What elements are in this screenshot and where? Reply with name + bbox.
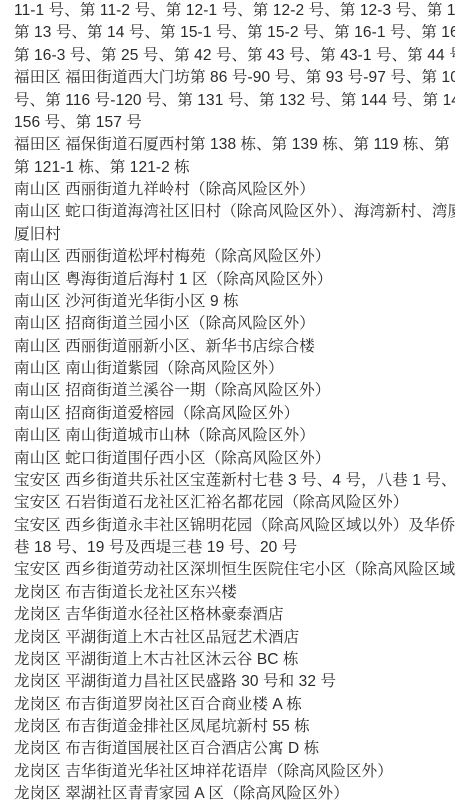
risk-list-line: 龙岗区 吉华街道水径社区格林豪泰酒店 (14, 604, 449, 626)
risk-list-line: 南山区 西丽街道九祥岭村（除高风险区外） (14, 179, 449, 201)
risk-area-list: 11-1 号、第 11-2 号、第 12-1 号、第 12-2 号、第 12-3… (0, 0, 455, 806)
risk-list-line: 第 121-1 栋、第 121-2 栋 (14, 157, 449, 179)
risk-list-line: 龙岗区 布吉街道长龙社区东兴楼 (14, 582, 449, 604)
risk-list-line: 南山区 蛇口街道围仔西小区（除高风险区外） (14, 448, 449, 470)
risk-list-line: 南山区 沙河街道光华街小区 9 栋 (14, 291, 449, 313)
risk-list-line: 巷 18 号、19 号及西堤三巷 19 号、20 号 (14, 537, 449, 559)
risk-list-line: 龙岗区 平湖街道力昌社区民盛路 30 号和 32 号 (14, 671, 449, 693)
risk-list-line: 宝安区 西乡街道永丰社区锦明花园（除高风险区域以外）及华侨新村西堤二 (14, 515, 449, 537)
risk-list-line: 龙岗区 翠湖社区青青家园 A 区（除高风险区外） (14, 783, 449, 805)
risk-list-line: 龙岗区 布吉街道国展社区百合酒店公寓 D 栋 (14, 738, 449, 760)
risk-list-line: 南山区 粤海街道后海村 1 区（除高风险区外） (14, 269, 449, 291)
risk-list-line: 南山区 蛇口街道海湾社区旧村（除高风险区外）、海湾新村、湾厦新村、湾 (14, 201, 449, 223)
risk-list-line: 宝安区 西乡街道共乐社区宝莲新村七巷 3 号、4 号，八巷 1 号、2 号 (14, 470, 449, 492)
risk-list-line: 南山区 西丽街道丽新小区、新华书店综合楼 (14, 336, 449, 358)
risk-list-line: 南山区 招商街道爱榕园（除高风险区外） (14, 403, 449, 425)
risk-list-line: 福田区 福保街道石厦西村第 138 栋、第 139 栋、第 119 栋、第 12… (14, 134, 449, 156)
risk-list-line: 11-1 号、第 11-2 号、第 12-1 号、第 12-2 号、第 12-3… (14, 0, 449, 22)
risk-list-line: 南山区 南山街道城市山林（除高风险区外） (14, 425, 449, 447)
risk-list-line: 宝安区 石岩街道石龙社区汇裕名都花园（除高风险区外） (14, 492, 449, 514)
risk-list-line: 南山区 招商街道兰园小区（除高风险区外） (14, 313, 449, 335)
risk-list-line: 龙岗区 布吉街道金排社区凤尾坑新村 55 栋 (14, 716, 449, 738)
risk-list-line: 龙岗区 平湖街道上木古社区沐云谷 BC 栋 (14, 649, 449, 671)
risk-list-line: 宝安区 西乡街道劳动社区深圳恒生医院住宅小区（除高风险区域以外） (14, 559, 449, 581)
risk-list-line: 南山区 招商街道兰溪谷一期（除高风险区外） (14, 380, 449, 402)
risk-list-line: 156 号、第 157 号 (14, 112, 449, 134)
risk-list-line: 龙岗区 吉华街道光华社区坤祥花语岸（除高风险区外） (14, 761, 449, 783)
risk-list-line: 号、第 116 号-120 号、第 131 号、第 132 号、第 144 号、… (14, 90, 449, 112)
risk-list-line: 龙岗区 布吉街道罗岗社区百合商业楼 A 栋 (14, 694, 449, 716)
risk-list-line: 龙岗区 平湖街道上木古社区品冠艺术酒店 (14, 627, 449, 649)
risk-list-line: 第 13 号、第 14 号、第 15-1 号、第 15-2 号、第 16-1 号… (14, 22, 449, 44)
risk-list-line: 第 16-3 号、第 25 号、第 42 号、第 43 号、第 43-1 号、第… (14, 45, 449, 67)
risk-list-line: 南山区 西丽街道松坪村梅苑（除高风险区外） (14, 246, 449, 268)
risk-list-line: 南山区 南山街道紫园（除高风险区外） (14, 358, 449, 380)
risk-list-line: 福田区 福田街道西大门坊第 86 号-90 号、第 93 号-97 号、第 10… (14, 67, 449, 89)
risk-list-line: 厦旧村 (14, 224, 449, 246)
